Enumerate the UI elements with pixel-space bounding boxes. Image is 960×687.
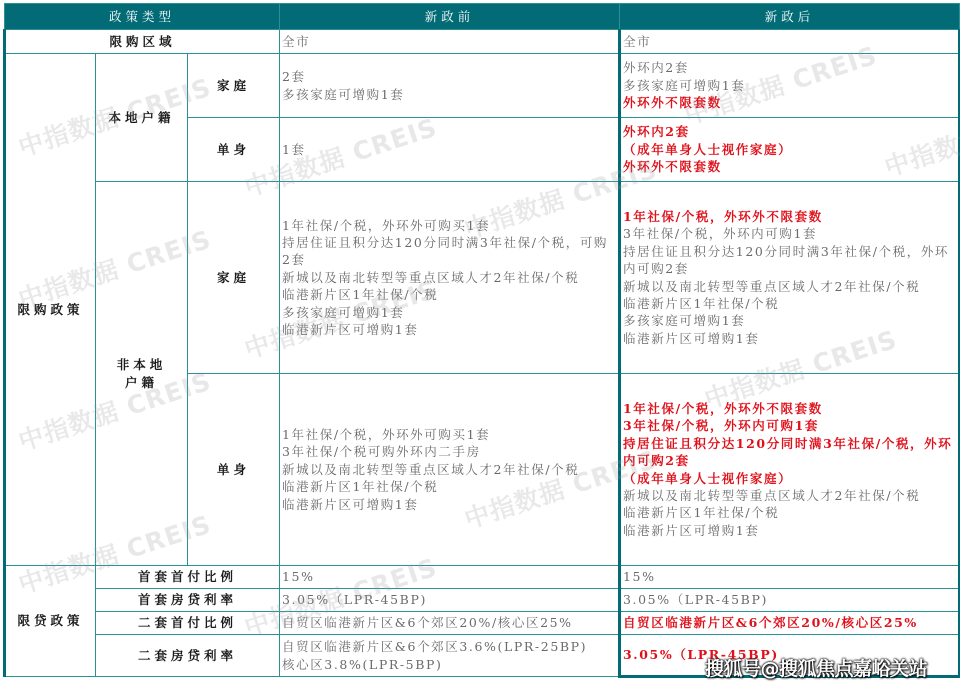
text-line: 持居住证且积分达120分同时满3年社保/个税，可购2套 <box>282 234 616 269</box>
loan-row-before: 3.05%（LPR-45BP) <box>280 589 620 612</box>
text-line: 新城以及南北转型等重点区域人才2年社保/个税 <box>282 461 616 478</box>
loan-row-label: 二套首付比例 <box>96 612 280 635</box>
text-line: 临港新片区1年社保/个税 <box>623 504 956 521</box>
text-line: 临港新片区可增购1套 <box>623 330 956 347</box>
header-before: 新政前 <box>280 4 620 30</box>
highlight-line: 外环内2套 <box>623 123 956 140</box>
loan-row-after: 自贸区临港新片区&6个郊区20%/核心区25% <box>620 612 960 635</box>
local-family-row: 限购政策 本地户籍 家庭 2套 多孩家庭可增购1套 外环内2套 多孩家庭可增购1… <box>5 54 960 118</box>
text-line: 1年社保/个税，外环外可购买1套 <box>282 426 616 443</box>
text-line: 多孩家庭可增购1套 <box>282 304 616 321</box>
loan-row-second-down-payment: 二套首付比例 自贸区临港新片区&6个郊区20%/核心区25% 自贸区临港新片区&… <box>5 612 960 635</box>
text-line: 临港新片区可增购1套 <box>282 496 616 513</box>
loan-row-label: 首套首付比例 <box>96 566 280 589</box>
loan-row-label: 二套房贷利率 <box>96 635 280 677</box>
nonlocal-family-row: 非本地户籍 家庭 1年社保/个税，外环外可购买1套 持居住证且积分达120分同时… <box>5 182 960 374</box>
region-row: 限购区域 全市 全市 <box>5 30 960 54</box>
nonlocal-hukou-label: 非本地户籍 <box>96 182 188 566</box>
nonlocal-single-label: 单身 <box>188 374 280 566</box>
loan-row-before: 自贸区临港新片区&6个郊区20%/核心区25% <box>280 612 620 635</box>
header-after: 新政后 <box>620 4 960 30</box>
purchase-policy-label: 限购政策 <box>5 54 96 566</box>
loan-row-after: 15% <box>620 566 960 589</box>
text-line: 多孩家庭可增购1套 <box>623 77 956 94</box>
text-line: 持居住证且积分达120分同时满3年社保/个税，外环内可购2套 <box>623 243 956 278</box>
nonlocal-family-label: 家庭 <box>188 182 280 374</box>
text-line: 3年社保/个税可购外环内二手房 <box>282 443 616 460</box>
highlight-line: 1年社保/个税，外环外不限套数 <box>623 208 956 225</box>
highlight-line: 持居住证且积分达120分同时满3年社保/个税，外环内可购2套 <box>623 435 956 470</box>
nonlocal-family-before: 1年社保/个税，外环外可购买1套 持居住证且积分达120分同时满3年社保/个税，… <box>280 182 620 374</box>
text-line: 临港新片区1年社保/个税 <box>282 478 616 495</box>
region-before: 全市 <box>280 30 620 54</box>
local-single-after: 外环内2套 （成年单身人士视作家庭） 外环外不限套数 <box>620 118 960 182</box>
highlight-line: 3年社保/个税，外环内可购1套 <box>623 417 956 434</box>
local-single-label: 单身 <box>188 118 280 182</box>
text-line: 多孩家庭可增购1套 <box>282 86 616 103</box>
text-line: 自贸区临港新片区&6个郊区3.6%(LPR-25BP) <box>282 638 616 655</box>
text-line: 外环内2套 <box>623 59 956 76</box>
header-row: 政策类型 新政前 新政后 <box>5 4 960 30</box>
sohu-watermark: 搜狐号@搜狐焦点嘉峪关站 <box>705 654 927 681</box>
text-line: 3年社保/个税，外环内可购1套 <box>623 225 956 242</box>
highlight-line: 1年社保/个税，外环外不限套数 <box>623 400 956 417</box>
loan-row-after: 3.05%（LPR-45BP) <box>620 589 960 612</box>
nonlocal-single-before: 1年社保/个税，外环外可购买1套 3年社保/个税可购外环内二手房 新城以及南北转… <box>280 374 620 566</box>
loan-row-label: 首套房贷利率 <box>96 589 280 612</box>
highlight-line: （成年单身人士视作家庭） <box>623 141 956 158</box>
nonlocal-family-after: 1年社保/个税，外环外不限套数 3年社保/个税，外环内可购1套 持居住证且积分达… <box>620 182 960 374</box>
text-line: 临港新片区可增购1套 <box>282 321 616 338</box>
text-line: 新城以及南北转型等重点区域人才2年社保/个税 <box>623 278 956 295</box>
highlight-line: （成年单身人士视作家庭） <box>623 470 956 487</box>
highlight-line: 外环外不限套数 <box>623 158 956 175</box>
loan-row-before: 自贸区临港新片区&6个郊区3.6%(LPR-25BP) 核心区3.8%(LPR-… <box>280 635 620 677</box>
text-line: 多孩家庭可增购1套 <box>623 312 956 329</box>
text-line: 1年社保/个税，外环外可购买1套 <box>282 217 616 234</box>
text-line: 2套 <box>282 68 616 85</box>
text-line: 核心区3.8%(LPR-5BP) <box>282 656 616 673</box>
text-line: 新城以及南北转型等重点区域人才2年社保/个税 <box>282 269 616 286</box>
text-line: 新城以及南北转型等重点区域人才2年社保/个税 <box>623 487 956 504</box>
header-policy-type: 政策类型 <box>5 4 280 30</box>
nonlocal-single-after: 1年社保/个税，外环外不限套数 3年社保/个税，外环内可购1套 持居住证且积分达… <box>620 374 960 566</box>
local-single-before: 1套 <box>280 118 620 182</box>
text-line: 临港新片区可增购1套 <box>623 522 956 539</box>
policy-comparison-table: 政策类型 新政前 新政后 限购区域 全市 全市 限购政策 本地户籍 家庭 2套 … <box>3 3 960 678</box>
text-line: 临港新片区1年社保/个税 <box>623 295 956 312</box>
local-hukou-label: 本地户籍 <box>96 54 188 182</box>
local-family-before: 2套 多孩家庭可增购1套 <box>280 54 620 118</box>
local-family-after: 外环内2套 多孩家庭可增购1套 外环外不限套数 <box>620 54 960 118</box>
local-family-label: 家庭 <box>188 54 280 118</box>
text-line: 1套 <box>282 141 616 158</box>
region-after: 全市 <box>620 30 960 54</box>
loan-row-first-rate: 首套房贷利率 3.05%（LPR-45BP) 3.05%（LPR-45BP) <box>5 589 960 612</box>
loan-row-before: 15% <box>280 566 620 589</box>
region-label: 限购区域 <box>5 30 280 54</box>
loan-row-first-down-payment: 限贷政策 首套首付比例 15% 15% <box>5 566 960 589</box>
loan-policy-label: 限贷政策 <box>5 566 96 677</box>
text-line: 临港新片区1年社保/个税 <box>282 286 616 303</box>
highlight-line: 外环外不限套数 <box>623 94 956 111</box>
